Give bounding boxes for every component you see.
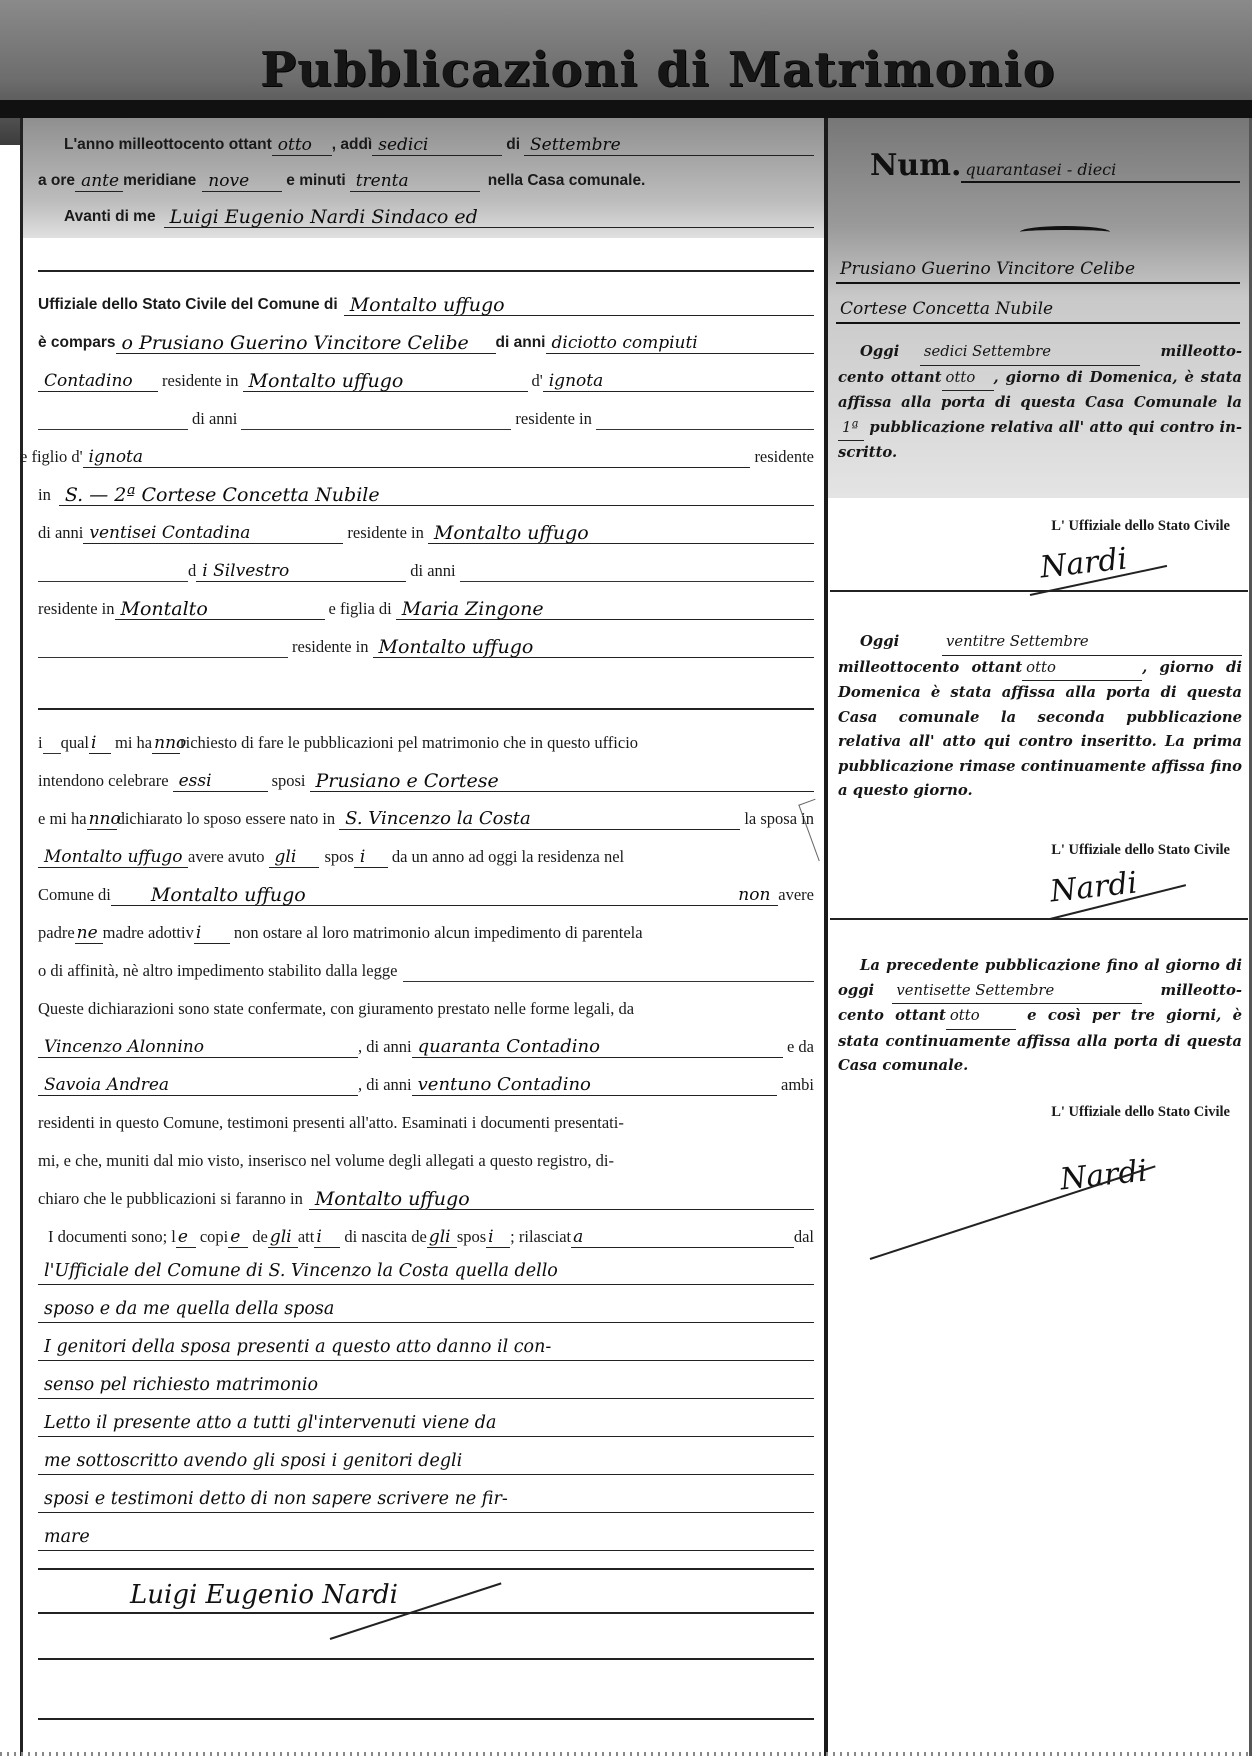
handwriting: nno <box>87 809 117 830</box>
documents-line: I documenti sono; l e copi e de gli att … <box>38 1226 814 1248</box>
printed-text: residente in <box>292 636 369 658</box>
printed-text: d' <box>532 370 543 392</box>
handwriting: i <box>486 1227 510 1248</box>
blank-field <box>38 429 188 430</box>
blank-field <box>596 429 814 430</box>
ruled-line <box>38 1568 814 1570</box>
handwriting: i <box>354 847 388 868</box>
printed-text: a ore <box>38 170 75 192</box>
printed-text: e figlio d' <box>20 446 83 468</box>
blank-field <box>241 429 511 430</box>
printed-text: sposi <box>272 770 306 792</box>
comune-line: Uffiziale dello Stato Civile del Comune … <box>38 294 814 316</box>
bride-mother-residence-field: Montalto uffugo <box>373 637 814 658</box>
ruled-line <box>38 1718 814 1720</box>
printed-text: di anni <box>38 522 83 544</box>
bride-name-field: S. — 2ª Cortese Concetta Nubile <box>59 485 814 506</box>
mother-line: e figlio d' ignota residente <box>20 446 814 468</box>
printed-text: avere <box>778 884 814 906</box>
num-label: Num. <box>870 148 961 183</box>
officer-line: Avanti di me Luigi Eugenio Nardi Sindaco… <box>38 206 814 228</box>
printed-text: mi ha <box>115 732 152 754</box>
publication-2-year: otto <box>1022 656 1142 682</box>
handwritten-line: sposo e da me quella della sposa <box>38 1296 814 1323</box>
groom-residence-field: Montalto uffugo <box>243 371 528 392</box>
bride-father-line: d i Silvestro di anni <box>38 560 814 582</box>
frame-border-left <box>20 118 23 1756</box>
printed-text: residente in <box>515 408 592 430</box>
witness-line-2: Savoia Andrea , di anni ventuno Contadin… <box>38 1074 814 1096</box>
printed-text: intendono celebrare <box>38 770 169 792</box>
groom-age-field: diciotto compiuti <box>546 333 815 354</box>
bride-mother-residence-line: residente in Montalto uffugo <box>38 636 814 658</box>
blank-field <box>38 657 288 658</box>
publication-2-date: ventitre Settembre <box>942 630 1242 656</box>
publication-1-ordinal: 1ª <box>838 416 864 442</box>
groom-residence-line: Contadino residente in Montalto uffugo d… <box>38 370 814 392</box>
blank-field <box>460 581 814 582</box>
printed-text: da un anno ad oggi la residenza nel <box>392 846 624 868</box>
handwritten-line: I genitori della sposa presenti a questo… <box>38 1334 814 1361</box>
handwriting: i <box>314 1227 340 1248</box>
groom-line: è compars o Prusiano Guerino Vincitore C… <box>38 332 814 354</box>
bride-name: Cortese Concetta Nubile <box>836 296 1240 324</box>
decorative-brace <box>1020 226 1110 238</box>
bride-father-residence-field: Montalto <box>115 599 325 620</box>
handwriting: nno <box>152 733 180 754</box>
handwriting: a <box>571 1227 794 1248</box>
printed-text: i <box>38 732 43 754</box>
printed-text: att <box>298 1226 315 1248</box>
groom-name-field: o Prusiano Guerino Vincitore Celibe <box>116 333 496 354</box>
declaration-line-4: Montalto uffugo avere avuto gli spos i d… <box>38 846 814 868</box>
groom-name: Prusiano Guerino Vincitore Celibe <box>836 256 1240 284</box>
printed-text: la sposa in <box>744 808 814 830</box>
printed-text: milleotto- <box>1161 343 1242 360</box>
printed-text: Queste dichiarazioni sono state conferma… <box>38 998 634 1020</box>
section-divider <box>830 918 1248 920</box>
printed-text: mi, e che, muniti dal mio visto, inseris… <box>38 1150 614 1172</box>
printed-text: de <box>252 1226 268 1248</box>
blank-field <box>38 581 188 582</box>
printed-text: cento ottant <box>838 369 942 386</box>
printed-text: e figlia di <box>329 598 392 620</box>
printed-text: meridiane <box>123 170 196 192</box>
groom-occupation-field: Contadino <box>38 371 158 392</box>
printed-text: , di anni <box>358 1074 412 1096</box>
blank-field <box>43 753 61 754</box>
declaration-line-3: e mi ha nno dichiarato lo sposo essere n… <box>38 808 814 830</box>
minutes-field: trenta <box>350 171 480 192</box>
ruled-line <box>38 1612 814 1614</box>
ruled-line <box>38 708 814 710</box>
declaration-line-5: Comune di Montalto uffugo non avere <box>38 884 814 906</box>
witness-2-name-field: Savoia Andrea <box>38 1075 358 1096</box>
printed-text: di anni <box>192 408 237 430</box>
printed-text: e da <box>787 1036 814 1058</box>
declaration-line-2: intendono celebrare essi sposi Prusiano … <box>38 770 814 792</box>
month-field: Settembre <box>524 135 814 156</box>
publication-3-year: otto <box>946 1004 1016 1030</box>
comune-field: Montalto uffugo <box>344 295 814 316</box>
handwriting: gli <box>427 1227 457 1248</box>
handwriting: i <box>89 733 111 754</box>
printed-text: L'anno milleottocento ottant <box>64 134 272 156</box>
officer-title: L' Uffiziale dello Stato Civile <box>1051 1104 1230 1121</box>
printed-text: , addì <box>332 134 372 156</box>
officer-signature: Nardi <box>1058 1154 1148 1198</box>
printed-text: e mi ha <box>38 808 87 830</box>
printed-text: Uffiziale dello Stato Civile del Comune … <box>38 294 338 316</box>
handwritten-line: l'Ufficiale del Comune di S. Vincenzo la… <box>38 1258 814 1285</box>
bride-line: in S. — 2ª Cortese Concetta Nubile <box>38 484 814 506</box>
handwriting: e <box>228 1227 248 1248</box>
declaration-line-7: o di affinità, nè altro impedimento stab… <box>38 960 814 982</box>
printed-text: richiesto di fare le pubblicazioni pel m… <box>180 732 638 754</box>
printed-text: di anni <box>410 560 455 582</box>
declaration-line-13: chiaro che le pubblicazioni si faranno i… <box>38 1188 814 1210</box>
publication-1-date: sedici Settembre <box>920 340 1140 366</box>
section-divider <box>830 590 1248 592</box>
witness-1-name-field: Vincenzo Alonnino <box>38 1037 358 1058</box>
record-number: Num. quarantasei - dieci <box>870 148 1240 183</box>
printed-text: ; rilasciat <box>510 1226 571 1248</box>
printed-text: e minuti <box>286 170 345 192</box>
printed-text: non ostare al loro matrimonio alcun impe… <box>234 922 643 944</box>
printed-text: spos <box>325 846 354 868</box>
printed-text: pubblicazione relativa all' atto qui con… <box>838 419 1242 462</box>
printed-text: residente <box>754 446 814 468</box>
bride-age-line: di anni ventisei Contadina residente in … <box>38 522 814 544</box>
handwriting: e <box>176 1227 196 1248</box>
blank-field <box>403 981 814 982</box>
printed-text: d <box>188 560 196 582</box>
printed-text: padre <box>38 922 75 944</box>
day-field: sedici <box>372 135 502 156</box>
officer-signature: Nardi <box>1038 542 1128 586</box>
printed-text: Comune di <box>38 884 111 906</box>
printed-text: dal <box>794 1226 814 1248</box>
printed-text: Avanti di me <box>64 206 156 228</box>
publication-sidebar: Num. quarantasei - dieci Prusiano Guerin… <box>830 118 1248 1756</box>
handwritten-line: sposi e testimoni detto di non sapere sc… <box>38 1486 814 1513</box>
witness-line-1: Vincenzo Alonnino , di anni quaranta Con… <box>38 1036 814 1058</box>
year-field: otto <box>272 135 332 156</box>
printed-text: I documenti sono; l <box>48 1226 176 1248</box>
printed-text: qual <box>61 732 89 754</box>
publication-3-date: ventisette Settembre <box>892 979 1142 1005</box>
handwriting: gli <box>269 847 319 868</box>
printed-text: residente in <box>347 522 424 544</box>
declaration-line-12: mi, e che, muniti dal mio visto, inseris… <box>38 1150 814 1172</box>
printed-text: chiaro che le pubblicazioni si faranno i… <box>38 1188 303 1210</box>
signature-flourish <box>870 1165 1156 1260</box>
father-line: di anni residente in <box>38 408 814 430</box>
officer-signature: Luigi Eugenio Nardi <box>130 1580 398 1610</box>
printed-text: residente in <box>38 598 115 620</box>
handwritten-line: senso pel richiesto matrimonio <box>38 1372 814 1399</box>
num-value: quarantasei - dieci <box>961 159 1240 183</box>
officer-title: L' Uffiziale dello Stato Civile <box>1051 518 1230 535</box>
hour-field: nove <box>202 171 282 192</box>
printed-text: madre adottiv <box>103 922 194 944</box>
printed-text: è compars <box>38 332 116 354</box>
bride-mother-line: residente in Montalto e figlia di Maria … <box>38 598 814 620</box>
handwritten-line: me sottoscritto avendo gli sposi i genit… <box>38 1448 814 1475</box>
handwriting: essi <box>173 771 268 792</box>
handwriting: gli <box>268 1227 298 1248</box>
printed-text: di nascita de <box>344 1226 426 1248</box>
declaration-line-8: Queste dichiarazioni sono state conferma… <box>38 998 814 1020</box>
publication-place-field: Montalto uffugo <box>309 1189 814 1210</box>
printed-text: milleottocento ottant <box>838 659 1022 676</box>
printed-text: ambi <box>781 1074 814 1096</box>
publication-1-year: otto <box>942 366 994 392</box>
printed-text: , di anni <box>358 1036 412 1058</box>
bride-father-field: i Silvestro <box>196 561 406 582</box>
groom-birthplace-field: S. Vincenzo la Costa <box>339 809 740 830</box>
third-publication-text: La precedente pubblicazione fino al gior… <box>838 954 1242 1079</box>
column-divider <box>824 118 828 1756</box>
printed-text: dichiarato lo sposo essere nato in <box>117 808 336 830</box>
declaration-line-6: padre ne madre adottiv i non ostare al l… <box>38 922 814 944</box>
printed-text: Oggi <box>860 633 899 650</box>
printed-text: o di affinità, nè altro impedimento stab… <box>38 960 397 982</box>
couple-names-field: Prusiano e Cortese <box>310 771 815 792</box>
printed-text: residente in <box>162 370 239 392</box>
officer-name-field: Luigi Eugenio Nardi Sindaco ed <box>164 207 814 228</box>
officer-title: L' Uffiziale dello Stato Civile <box>1051 842 1230 859</box>
ante-field: ante <box>75 171 123 192</box>
date-line: L'anno milleottocento ottant otto , addì… <box>38 134 814 156</box>
printed-text: spos <box>457 1226 486 1248</box>
printed-text: residenti in questo Comune, testimoni pr… <box>38 1112 624 1134</box>
residence-comune-field: Montalto uffugo <box>111 885 736 906</box>
printed-text: in <box>38 484 51 506</box>
witness-2-age-field: ventuno Contadino <box>412 1075 777 1096</box>
ruled-line <box>38 270 814 272</box>
handwriting: non <box>736 885 778 906</box>
declaration-line-1: i qual i mi ha nno richiesto di fare le … <box>38 732 814 754</box>
printed-text: di <box>506 134 520 156</box>
printed-text: nella Casa comunale. <box>488 170 646 192</box>
scan-edge <box>0 1752 1252 1756</box>
printed-text: Oggi <box>860 343 899 360</box>
bride-mother-field: Maria Zingone <box>396 599 814 620</box>
printed-text: copi <box>200 1226 228 1248</box>
handwritten-line: Letto il presente atto a tutti gl'interv… <box>38 1410 814 1437</box>
ruled-line <box>38 1658 814 1660</box>
bride-birthplace-field: Montalto uffugo <box>38 847 188 868</box>
witness-1-age-field: quaranta Contadino <box>412 1037 783 1058</box>
handwriting: i <box>194 923 230 944</box>
printed-text: avere avuto <box>188 846 265 868</box>
first-publication-text: Oggi sedici Settembre milleotto- cento o… <box>838 340 1242 466</box>
declaration-line-11: residenti in questo Comune, testimoni pr… <box>38 1112 814 1134</box>
handwriting: o <box>122 332 133 354</box>
printed-text: di anni <box>496 332 546 354</box>
groom-mother-field: ignota <box>83 447 751 468</box>
marriage-record-body: L'anno milleottocento ottant otto , addì… <box>30 118 820 1756</box>
officer-signature: Nardi <box>1048 866 1138 910</box>
bride-residence-field: Montalto uffugo <box>428 523 814 544</box>
handwriting: ne <box>75 923 103 944</box>
time-line: a ore ante meridiane nove e minuti trent… <box>38 170 814 192</box>
bride-age-occupation-field: ventisei Contadina <box>83 523 343 544</box>
groom-father-field: ignota <box>543 371 814 392</box>
second-publication-text: Oggi ventitre Settembre milleottocento o… <box>838 630 1242 804</box>
handwritten-line: mare <box>38 1524 814 1551</box>
handwriting: Prusiano Guerino Vincitore Celibe <box>139 332 469 354</box>
document-title: Pubblicazioni di Matrimonio <box>260 42 1060 98</box>
